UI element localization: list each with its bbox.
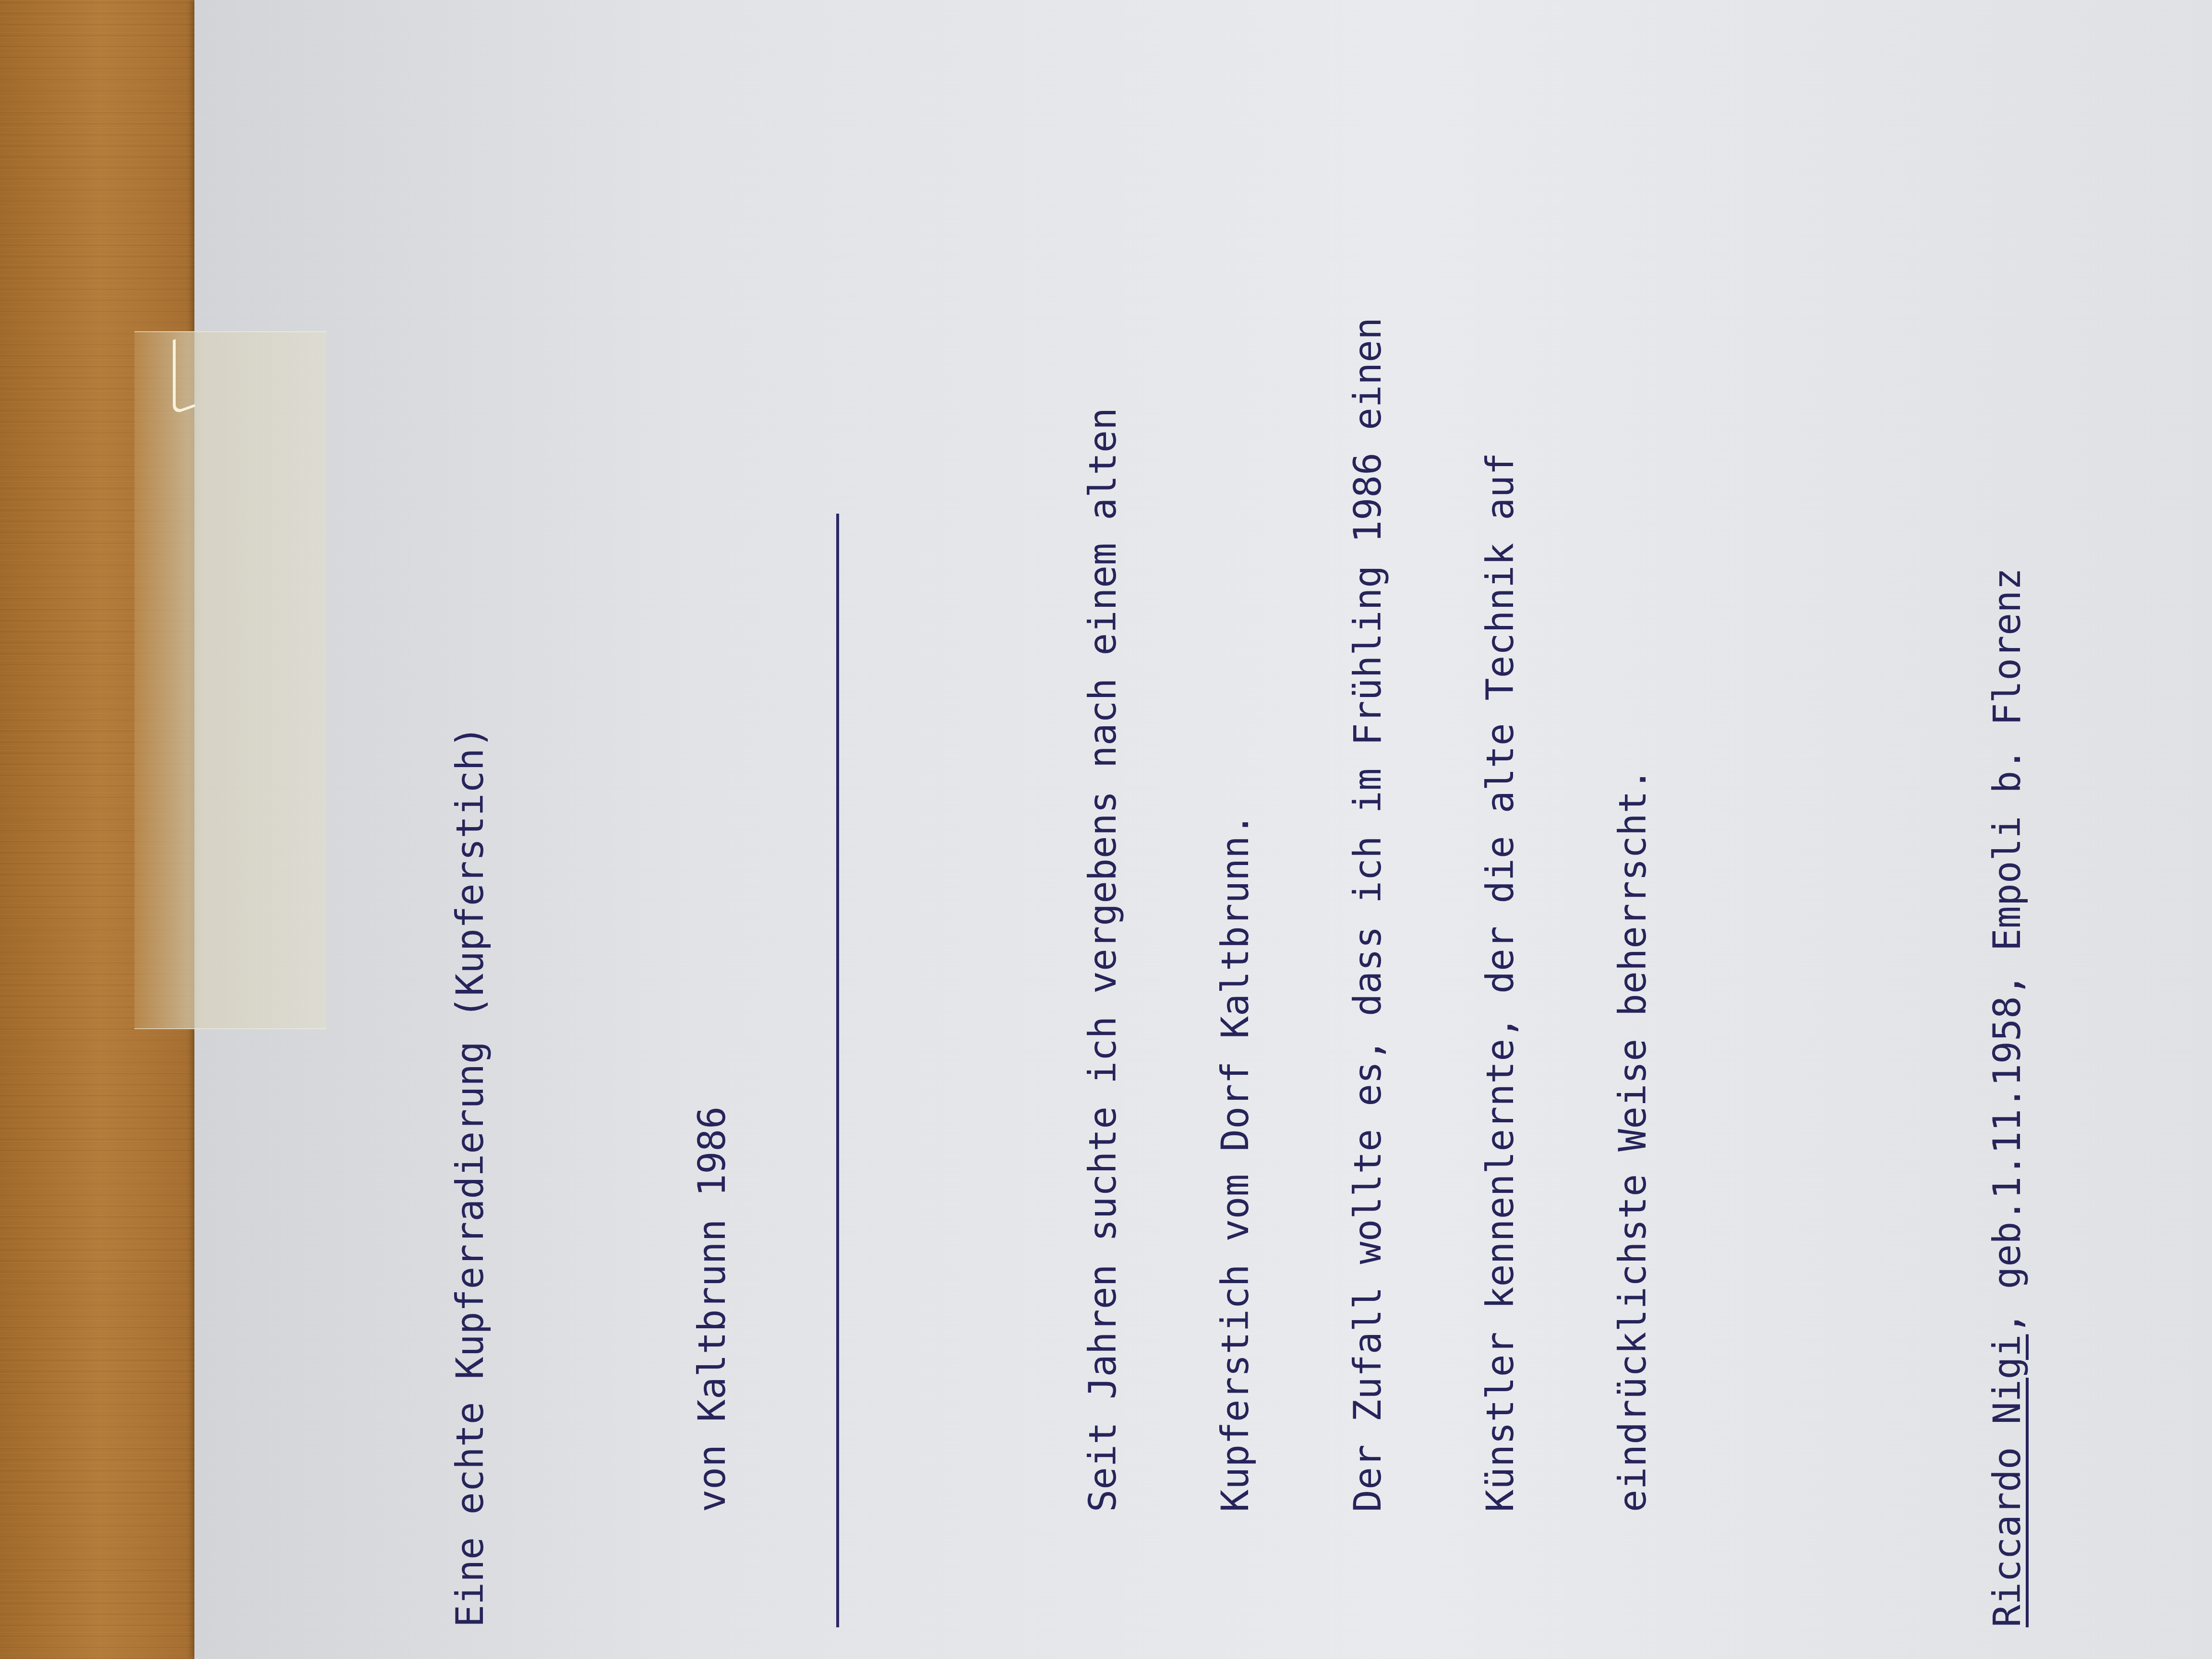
typed-document: Eine echte Kupferradierung (Kupferstich)… [360,62,2212,1627]
intro-line: Kupferstich vom Dorf Kaltbrunn. [1214,62,1258,1512]
intro-line: Der Zufall wollte es, dass ich im Frühli… [1346,62,1390,1512]
title-rule [836,514,839,1627]
intro-paragraph: Seit Jahren suchte ich vergebens nach ei… [993,62,1743,1627]
intro-line: Künstler kennenlernte, der die alte Tech… [1479,62,1523,1512]
intro-line: eindrücklichste Weise beherrscht. [1611,62,1655,1512]
document-subtitle: von Kaltbrunn 1986 [690,62,734,1627]
intro-line: Seit Jahren suchte ich vergebens nach ei… [1081,62,1125,1512]
tape-glare [173,332,195,415]
adhesive-tape [134,331,326,1029]
artist-heading: Riccardo Nigi, geb.1.11.1958, Empoli b. … [1985,62,2030,1627]
artist-name: Riccardo Nigi [1986,1334,2029,1627]
photo-scene: Eine echte Kupferradierung (Kupferstich)… [0,0,2212,1659]
document-title: Eine echte Kupferradierung (Kupferstich) [448,62,493,1627]
